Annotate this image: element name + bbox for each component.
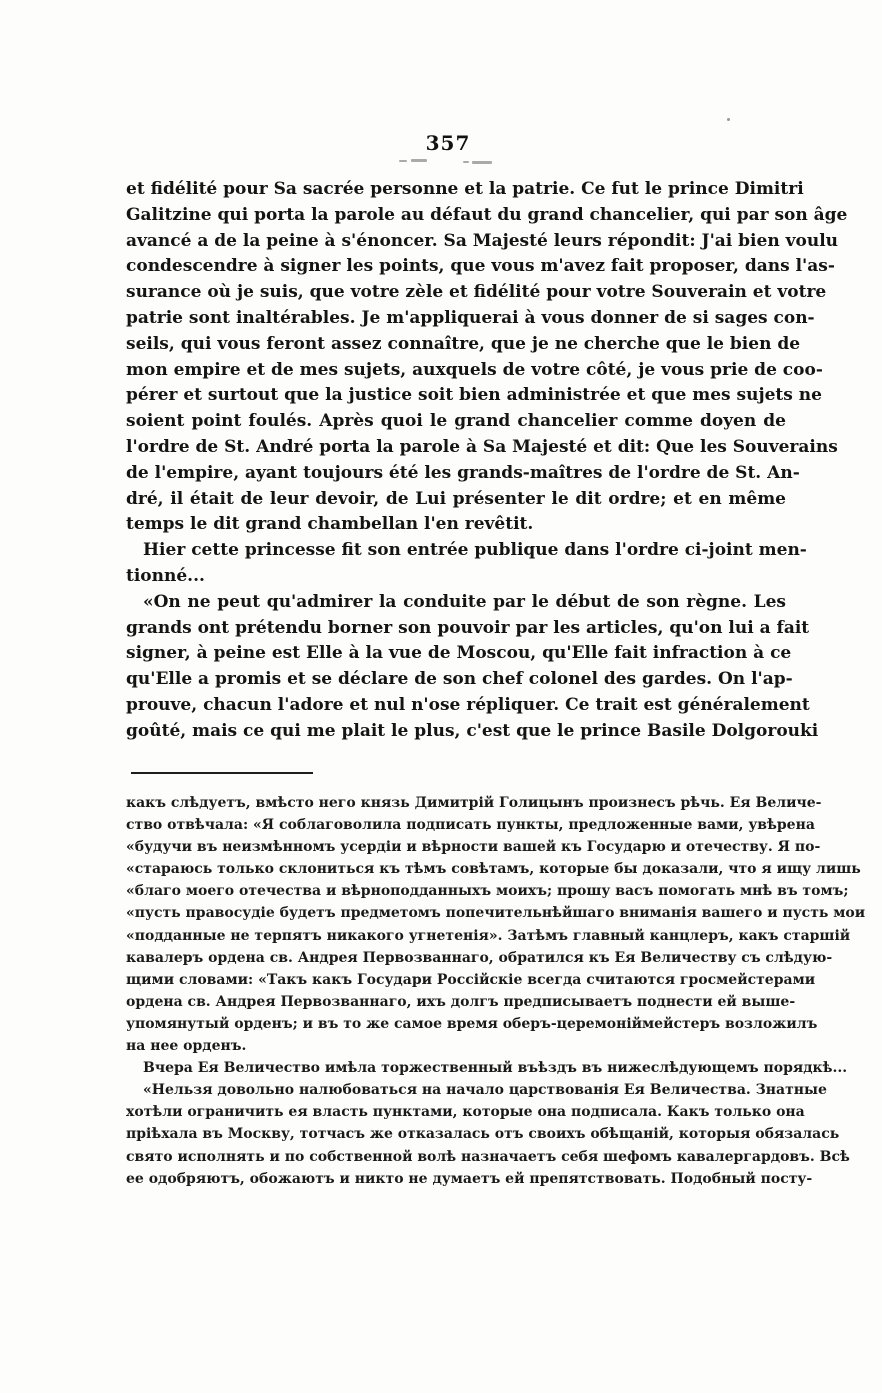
footnote-separator-rule bbox=[131, 772, 313, 774]
text-line: «Нельзя довольно налюбоваться на начало … bbox=[126, 1079, 786, 1101]
paragraph: какъ слѣдуетъ, вмѣсто него князь Димитрі… bbox=[126, 792, 786, 1057]
text-line: ордена св. Андрея Первозваннаго, ихъ дол… bbox=[126, 991, 786, 1013]
text-line: какъ слѣдуетъ, вмѣсто него князь Димитрі… bbox=[126, 792, 786, 814]
text-line: «пусть правосудіе будетъ предметомъ попе… bbox=[126, 902, 786, 924]
text-line: avancé a de la peine à s'énoncer. Sa Maj… bbox=[126, 229, 786, 255]
text-line: temps le dit grand chambellan l'en revêt… bbox=[126, 512, 786, 538]
text-line: «подданные не терпятъ никакого угнетенія… bbox=[126, 925, 786, 947]
paragraph: «On ne peut qu'admirer la conduite par l… bbox=[126, 590, 786, 745]
scan-smudge bbox=[472, 161, 492, 164]
footnote-block: какъ слѣдуетъ, вмѣсто него князь Димитрі… bbox=[126, 792, 786, 1190]
text-line: пріѣхала въ Москву, тотчасъ же отказалас… bbox=[126, 1123, 786, 1145]
text-line: l'ordre de St. André porta la parole à S… bbox=[126, 435, 786, 461]
text-line: goûté, mais ce qui me plait le plus, c'e… bbox=[126, 719, 786, 745]
scan-smudge bbox=[399, 160, 407, 162]
paragraph: Hier cette princesse fit son entrée publ… bbox=[126, 538, 786, 590]
text-line: свято исполнять и по собственной волѣ на… bbox=[126, 1146, 786, 1168]
text-line: tionné... bbox=[126, 564, 786, 590]
text-line: dré, il était de leur devoir, de Lui pré… bbox=[126, 487, 786, 513]
text-line: ее одобряютъ, обожаютъ и никто не думает… bbox=[126, 1168, 786, 1190]
book-page: 357 et fidélité pour Sa sacrée personne … bbox=[0, 0, 882, 1393]
scan-smudge bbox=[463, 161, 469, 163]
text-line: на нее орденъ. bbox=[126, 1035, 786, 1057]
text-line: pérer et surtout que la justice soit bie… bbox=[126, 383, 786, 409]
text-line: patrie sont inaltérables. Je m'appliquer… bbox=[126, 306, 786, 332]
scan-speck bbox=[727, 118, 730, 121]
text-line: «On ne peut qu'admirer la conduite par l… bbox=[126, 590, 786, 616]
paragraph: et fidélité pour Sa sacrée personne et l… bbox=[126, 177, 786, 538]
paragraph: «Нельзя довольно налюбоваться на начало … bbox=[126, 1079, 786, 1189]
text-line: щими словами: «Такъ какъ Государи Россій… bbox=[126, 969, 786, 991]
page-number: 357 bbox=[126, 131, 770, 155]
text-line: prouve, chacun l'adore et nul n'ose répl… bbox=[126, 693, 786, 719]
text-line: soient point foulés. Après quoi le grand… bbox=[126, 409, 786, 435]
text-line: «благо моего отечества и вѣрноподданныхъ… bbox=[126, 880, 786, 902]
scan-smudge bbox=[411, 159, 427, 162]
text-line: signer, à peine est Elle à la vue de Mos… bbox=[126, 641, 786, 667]
text-line: ство отвѣчала: «Я соблаговолила подписат… bbox=[126, 814, 786, 836]
text-line: et fidélité pour Sa sacrée personne et l… bbox=[126, 177, 786, 203]
text-line: Galitzine qui porta la parole au défaut … bbox=[126, 203, 786, 229]
text-line: «стараюсь только склониться къ тѣмъ совѣ… bbox=[126, 858, 786, 880]
text-line: «будучи въ неизмѣнномъ усердіи и вѣрност… bbox=[126, 836, 786, 858]
text-line: mon empire et de mes sujets, auxquels de… bbox=[126, 358, 786, 384]
text-line: seils, qui vous feront assez connaître, … bbox=[126, 332, 786, 358]
text-line: кавалеръ ордена св. Андрея Первозваннаго… bbox=[126, 947, 786, 969]
text-line: de l'empire, ayant toujours été les gran… bbox=[126, 461, 786, 487]
text-line: упомянутый орденъ; и въ то же самое врем… bbox=[126, 1013, 786, 1035]
text-line: Hier cette princesse fit son entrée publ… bbox=[126, 538, 786, 564]
paragraph: Вчера Ея Величество имѣла торжественный … bbox=[126, 1057, 786, 1079]
main-text-block: et fidélité pour Sa sacrée personne et l… bbox=[126, 177, 786, 745]
text-line: Вчера Ея Величество имѣла торжественный … bbox=[126, 1057, 786, 1079]
text-line: condescendre à signer les points, que vo… bbox=[126, 254, 786, 280]
text-line: хотѣли ограничить ея власть пунктами, ко… bbox=[126, 1101, 786, 1123]
text-line: qu'Elle a promis et se déclare de son ch… bbox=[126, 667, 786, 693]
text-line: surance où je suis, que votre zèle et fi… bbox=[126, 280, 786, 306]
text-line: grands ont prétendu borner son pouvoir p… bbox=[126, 616, 786, 642]
